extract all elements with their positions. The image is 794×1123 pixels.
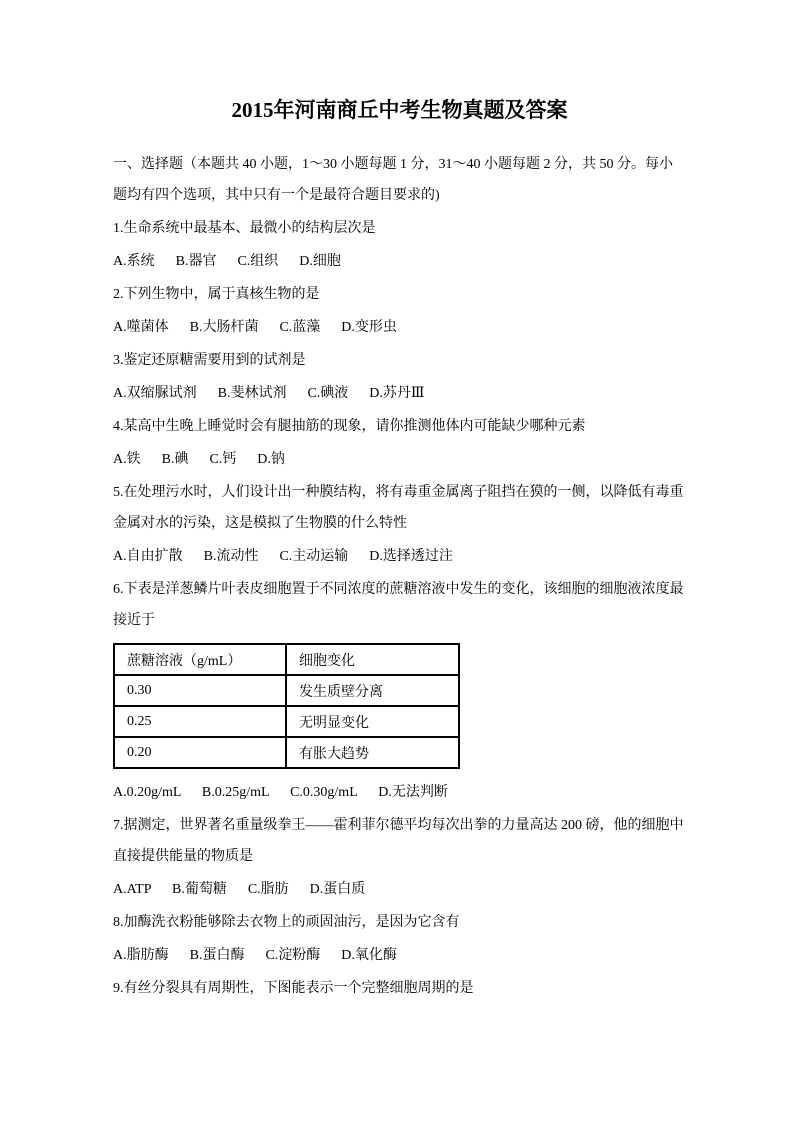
question-4-stem: 4.某高中生晚上睡觉时会有腿抽筋的现象，请你推测他体内可能缺少哪种元素 — [113, 411, 686, 442]
question-2-options: A.噬菌体 B.大肠杆菌 C.蓝藻 D.变形虫 — [113, 312, 686, 343]
question-7-options: A.ATP B.葡萄糖 C.脂肪 D.蛋白质 — [113, 874, 686, 905]
document-page: 2015年河南商丘中考生物真题及答案 一、选择题（本题共 40 小题，1～30 … — [0, 0, 794, 1123]
document-title: 2015年河南商丘中考生物真题及答案 — [113, 97, 686, 123]
question-8-options: A.脂肪酶 B.蛋白酶 C.淀粉酶 D.氧化酶 — [113, 940, 686, 971]
table-cell-change: 发生质壁分离 — [286, 675, 459, 706]
question-6-stem: 6.下表是洋葱鳞片叶表皮细胞置于不同浓度的蔗糖溶液中发生的变化，该细胞的细胞液浓… — [113, 574, 686, 636]
table-header-cell-change: 细胞变化 — [286, 644, 459, 675]
table-row: 0.30 发生质壁分离 — [114, 675, 459, 706]
table-cell-concentration: 0.20 — [114, 737, 286, 768]
question-6-options: A.0.20g/mL B.0.25g/mL C.0.30g/mL D.无法判断 — [113, 777, 686, 808]
table-cell-concentration: 0.30 — [114, 675, 286, 706]
table-cell-change: 无明显变化 — [286, 706, 459, 737]
table-row: 0.25 无明显变化 — [114, 706, 459, 737]
question-8-stem: 8.加酶洗衣粉能够除去衣物上的顽固油污，是因为它含有 — [113, 907, 686, 938]
question-2-stem: 2.下列生物中，属于真核生物的是 — [113, 279, 686, 310]
table-cell-change: 有胀大趋势 — [286, 737, 459, 768]
sucrose-concentration-table: 蔗糖溶液（g/mL） 细胞变化 0.30 发生质壁分离 0.25 无明显变化 0… — [113, 643, 460, 769]
table-row: 0.20 有胀大趋势 — [114, 737, 459, 768]
table-cell-concentration: 0.25 — [114, 706, 286, 737]
question-5-stem: 5.在处理污水时，人们设计出一种膜结构，将有毒重金属离子阻挡在獏的一侧，以降低有… — [113, 477, 686, 539]
question-7-stem: 7.据测定，世界著名重量级拳王——霍利菲尔德平均每次出拳的力量高达 200 磅，… — [113, 810, 686, 872]
question-3-options: A.双缩脲试剂 B.斐林试剂 C.碘液 D.苏丹Ⅲ — [113, 378, 686, 409]
section-intro: 一、选择题（本题共 40 小题，1～30 小题每题 1 分，31～40 小题每题… — [113, 149, 686, 211]
question-4-options: A.铁 B.碘 C.钙 D.钠 — [113, 444, 686, 475]
question-1-options: A.系统 B.器官 C.组织 D.细胞 — [113, 246, 686, 277]
question-3-stem: 3.鉴定还原糖需要用到的试剂是 — [113, 345, 686, 376]
question-5-options: A.自由扩散 B.流动性 C.主动运输 D.选择透过注 — [113, 541, 686, 572]
table-header-row: 蔗糖溶液（g/mL） 细胞变化 — [114, 644, 459, 675]
question-1-stem: 1.生命系统中最基本、最微小的结构层次是 — [113, 213, 686, 244]
table-header-concentration: 蔗糖溶液（g/mL） — [114, 644, 286, 675]
question-9-stem: 9.有丝分裂具有周期性，下图能表示一个完整细胞周期的是 — [113, 973, 686, 1004]
